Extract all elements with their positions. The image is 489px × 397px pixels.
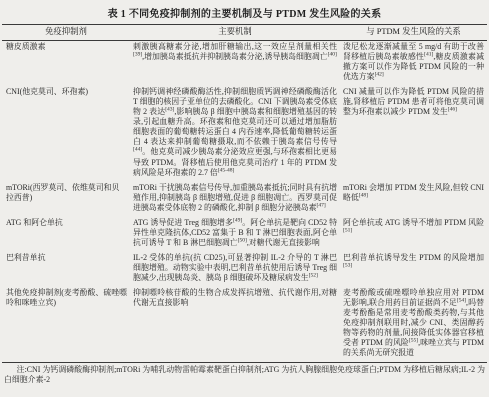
risk-cell: 巴利昔单抗诱导发生 PTDM 的风险增加[53] <box>340 251 487 286</box>
col-header-immunosuppressant: 免疫抑制剂 <box>2 25 130 41</box>
mechanism-cell: 抑制钙调神经磷酸酶活性,抑制细胞质钙调神经磷酸酶活化 T 细胞的核因子亚单位的去… <box>130 86 340 181</box>
risk-cell: 阿仑单抗或 ATG 诱导不增加 PTDM 风险[51] <box>340 216 487 251</box>
table-title: 表 1 不同免疫抑制剂的主要机制及与 PTDM 发生风险的关系 <box>2 2 487 24</box>
risk-cell: CNI 减量可以作为降低 PTDM 风险的措施,肾移植后 PTDM 患者可将他克… <box>340 86 487 181</box>
risk-cell: 麦考酚酸或硫唑嘌呤单独应用对 PTDM 无影响,联合用药目前证据尚不足[54],… <box>340 286 487 362</box>
table-row: 巴利昔单抗 IL-2 受体的单抗(抗 CD25),可显著抑制 IL-2 介导的 … <box>2 251 487 286</box>
table-row: mTORi(西罗莫司、依维莫司和贝拉西普) mTORi 干扰胰岛素信号传导,加重… <box>2 181 487 216</box>
table-row: 其他免疫抑制剂(麦考酚酸、硫唑嘌呤和咪唑立宾) 抑制嘌呤核苷酸的生物合成发挥抗增… <box>2 286 487 362</box>
drug-cell: 巴利昔单抗 <box>2 251 130 286</box>
header-row: 免疫抑制剂 主要机制 与 PTDM 发生风险的关系 <box>2 25 487 41</box>
mechanism-cell: mTORi 干扰胰岛素信号传导,加重胰岛素抵抗;同时具有抗增殖作用,抑制胰岛 β… <box>130 181 340 216</box>
drug-cell: CNI(他克莫司、环孢素) <box>2 86 130 181</box>
drug-cell: mTORi(西罗莫司、依维莫司和贝拉西普) <box>2 181 130 216</box>
col-header-ptdm-risk: 与 PTDM 发生风险的关系 <box>340 25 487 41</box>
risk-cell: 泼尼松龙逐渐减量至 5 mg/d 有助于改善肾移植后胰岛素敏感性[41],糖皮质… <box>340 40 487 86</box>
drug-cell: ATG 和阿仑单抗 <box>2 216 130 251</box>
risk-cell: mTORi 会增加 PTDM 发生风险,但较 CNI 略低[48] <box>340 181 487 216</box>
mechanism-cell: IL-2 受体的单抗(抗 CD25),可显著抑制 IL-2 介导的 T 淋巴细胞… <box>130 251 340 286</box>
table-row: 糖皮质激素 刺激胰高糖素分泌,增加肝糖输出,这一效应呈剂量相关性[39],增加胰… <box>2 40 487 86</box>
paper-table-page: 表 1 不同免疫抑制剂的主要机制及与 PTDM 发生风险的关系 免疫抑制剂 主要… <box>0 0 489 385</box>
col-header-mechanism: 主要机制 <box>130 25 340 41</box>
mechanism-cell: ATG 诱导促进 Treg 细胞增多[49]。阿仑单抗是靶向 CD52 特异性单… <box>130 216 340 251</box>
mechanism-cell: 刺激胰高糖素分泌,增加肝糖输出,这一效应呈剂量相关性[39],增加胰岛素抵抗并抑… <box>130 40 340 86</box>
mechanism-cell: 抑制嘌呤核苷酸的生物合成发挥抗增殖、抗代谢作用,对糖代谢无直接影响 <box>130 286 340 362</box>
immunosuppressant-ptdm-table: 免疫抑制剂 主要机制 与 PTDM 发生风险的关系 糖皮质激素 刺激胰高糖素分泌… <box>2 24 487 363</box>
table-row: CNI(他克莫司、环孢素) 抑制钙调神经磷酸酶活性,抑制细胞质钙调神经磷酸酶活化… <box>2 86 487 181</box>
table-footnote: 注:CNI 为钙调磷酸酶抑制剂;mTORi 为哺乳动物雷帕霉素靶蛋白抑制剂;AT… <box>2 363 487 386</box>
drug-cell: 糖皮质激素 <box>2 40 130 86</box>
drug-cell: 其他免疫抑制剂(麦考酚酸、硫唑嘌呤和咪唑立宾) <box>2 286 130 362</box>
table-row: ATG 和阿仑单抗 ATG 诱导促进 Treg 细胞增多[49]。阿仑单抗是靶向… <box>2 216 487 251</box>
